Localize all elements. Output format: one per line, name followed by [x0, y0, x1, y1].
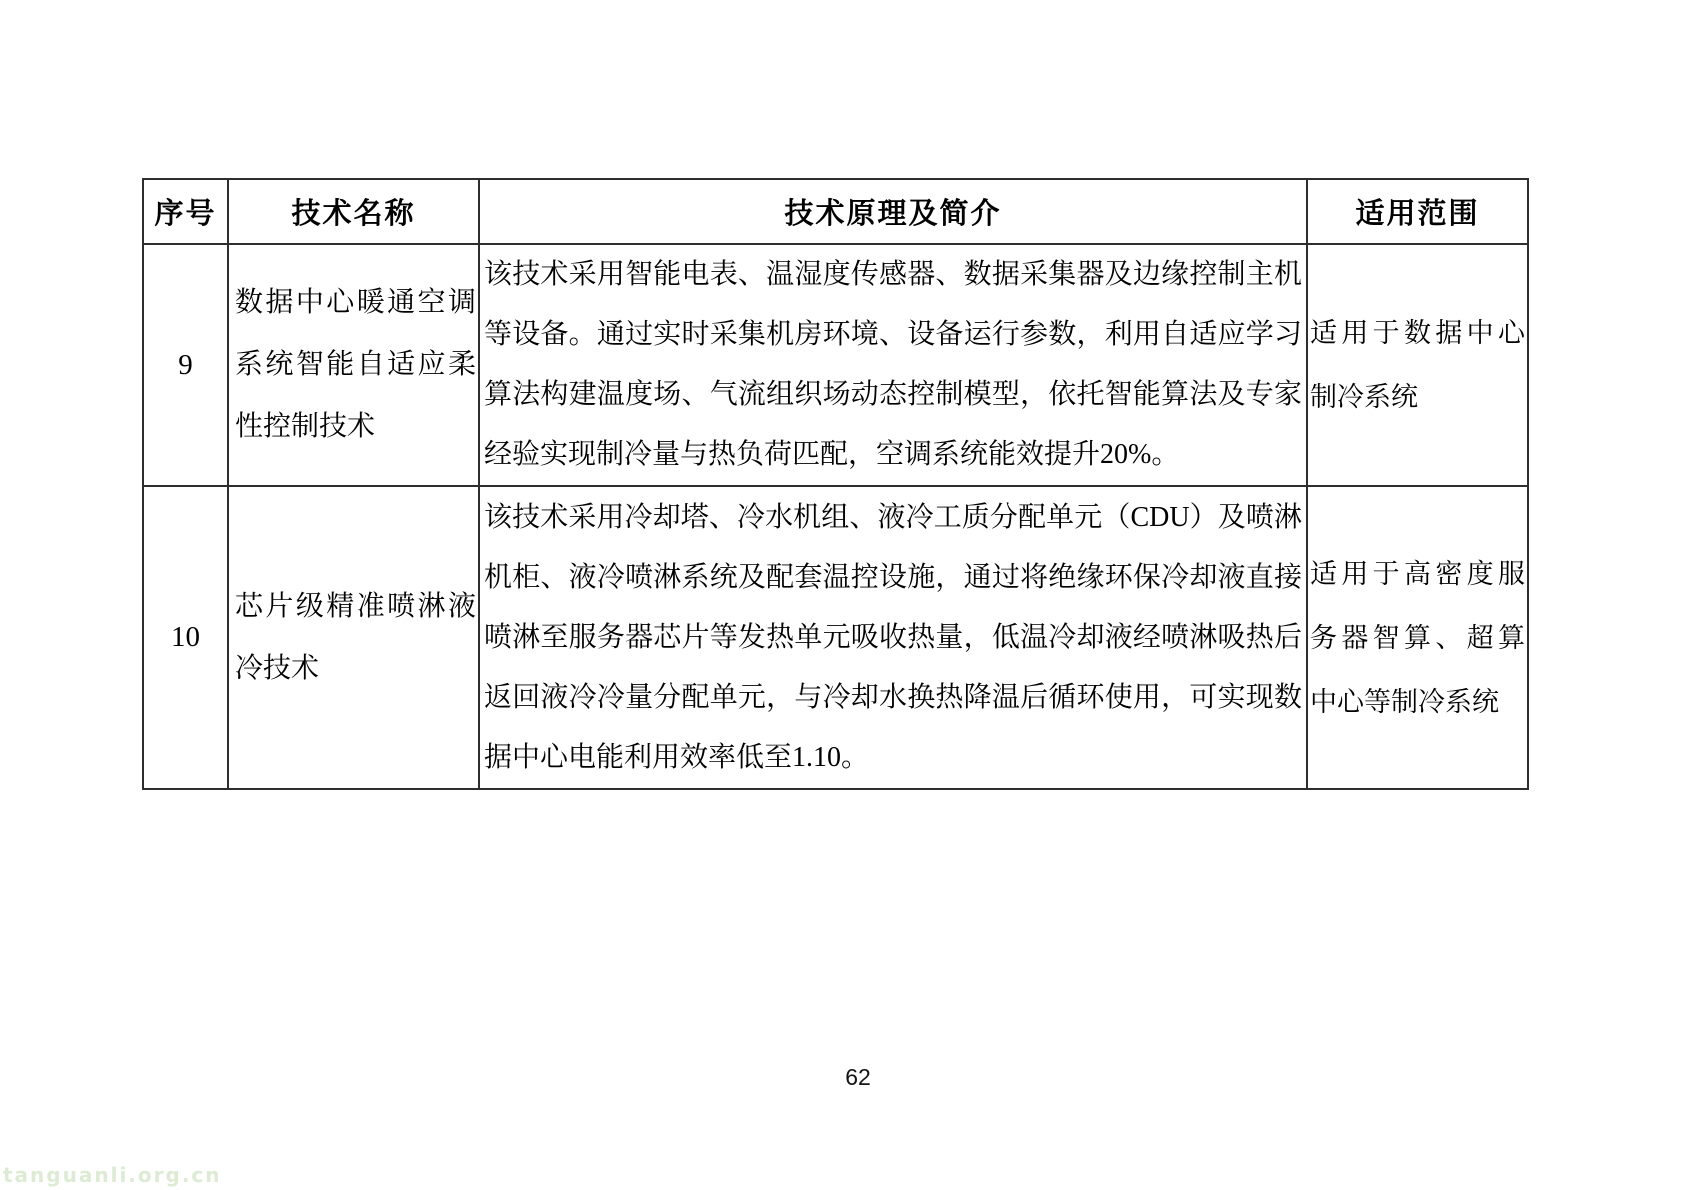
- cell-scope-10: 适用于高密度服务器智算、超算中心等制冷系统: [1307, 486, 1528, 789]
- cell-tech-name-10: 芯片级精准喷淋液冷技术: [228, 486, 479, 789]
- table-header-row: 序号 技术名称 技术原理及简介 适用范围: [143, 179, 1528, 244]
- document-page: { "document": { "page_number": "62", "wa…: [0, 0, 1683, 1190]
- cell-seq-10: 10: [143, 486, 228, 789]
- header-cell-tech-name: 技术名称: [228, 179, 479, 244]
- cell-principle-9: 该技术采用智能电表、温湿度传感器、数据采集器及边缘控制主机等设备。通过实时采集机…: [479, 244, 1307, 486]
- cell-tech-name-9: 数据中心暖通空调系统智能自适应柔性控制技术: [228, 244, 479, 486]
- cell-scope-9: 适用于数据中心制冷系统: [1307, 244, 1528, 486]
- watermark: tanguanli.org.cn: [3, 1163, 222, 1187]
- table-row-10: 10 芯片级精准喷淋液冷技术 该技术采用冷却塔、冷水机组、液冷工质分配单元（CD…: [143, 486, 1528, 789]
- table-row-9: 9 数据中心暖通空调系统智能自适应柔性控制技术 该技术采用智能电表、温湿度传感器…: [143, 244, 1528, 486]
- page-number: 62: [0, 1064, 1683, 1091]
- header-cell-seq: 序号: [143, 179, 228, 244]
- technology-table: 序号 技术名称 技术原理及简介 适用范围 9 数据中心暖通空调系统智能自适应柔性…: [142, 178, 1529, 790]
- cell-principle-10: 该技术采用冷却塔、冷水机组、液冷工质分配单元（CDU）及喷淋机柜、液冷喷淋系统及…: [479, 486, 1307, 789]
- header-cell-scope: 适用范围: [1307, 179, 1528, 244]
- cell-seq-9: 9: [143, 244, 228, 486]
- header-cell-principle: 技术原理及简介: [479, 179, 1307, 244]
